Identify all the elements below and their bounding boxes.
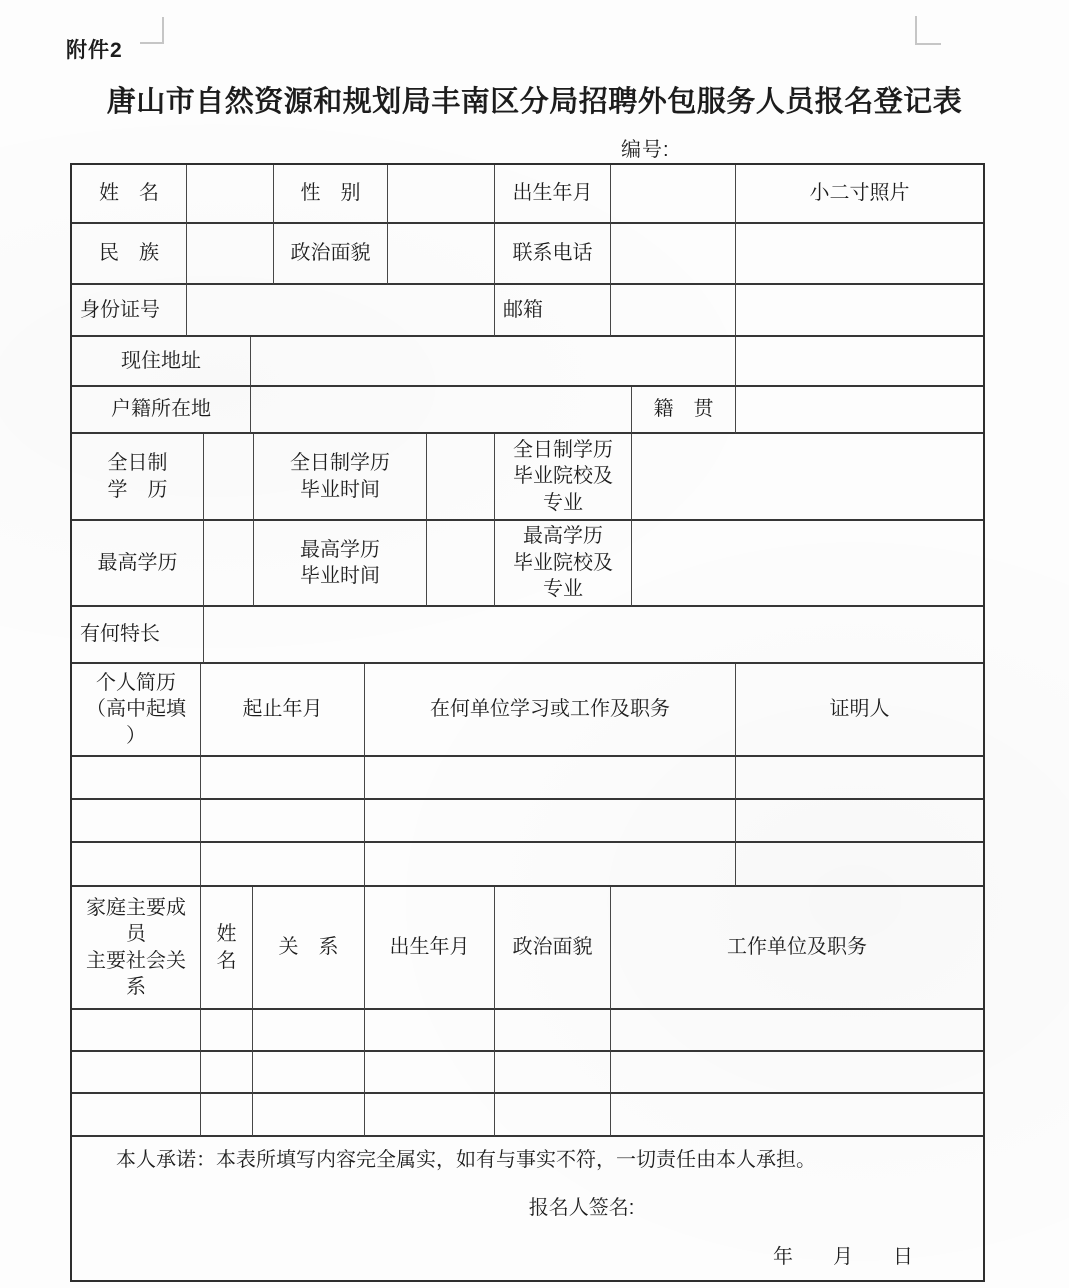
registration-form-table: 姓 名 性 别 出生年月 小二寸照片 民 族 政治面貌 联系电话 身份证号 邮箱 bbox=[70, 163, 985, 1282]
family-relation-cell bbox=[253, 1052, 365, 1094]
household-label: 户籍所在地 bbox=[72, 387, 251, 434]
fulltime-school-label: 全日制学历 毕业院校及 专业 bbox=[495, 434, 632, 521]
family-col1-cell bbox=[72, 1052, 201, 1094]
native-place-value-cell bbox=[736, 387, 983, 434]
form-page: 附件2 唐山市自然资源和规划局丰南区分局招聘外包服务人员报名登记表 编号: 姓 … bbox=[0, 0, 1069, 1288]
birth-date-label: 出生年月 bbox=[495, 165, 611, 224]
political-status-value-cell bbox=[388, 224, 495, 285]
family-political-label: 政治面貌 bbox=[495, 887, 611, 1010]
gender-label: 性 别 bbox=[274, 165, 388, 224]
political-status-label: 政治面貌 bbox=[274, 224, 388, 285]
form-title: 唐山市自然资源和规划局丰南区分局招聘外包服务人员报名登记表 bbox=[0, 79, 1069, 120]
photo-area-cell bbox=[736, 224, 983, 285]
resume-col1-cell bbox=[72, 800, 201, 843]
gender-value-cell bbox=[388, 165, 495, 224]
row-specialty: 有何特长 bbox=[72, 607, 983, 664]
crop-mark-right-icon bbox=[915, 16, 941, 45]
resume-period-cell bbox=[201, 800, 365, 843]
family-political-cell bbox=[495, 1094, 611, 1137]
resume-entry-row bbox=[72, 843, 983, 887]
highest-degree-value-cell bbox=[204, 521, 254, 607]
family-birth-cell bbox=[365, 1010, 495, 1052]
resume-col1-cell bbox=[72, 843, 201, 887]
row-fulltime-education: 全日制 学 历 全日制学历 毕业时间 全日制学历 毕业院校及 专业 bbox=[72, 434, 983, 521]
phone-label: 联系电话 bbox=[495, 224, 611, 285]
row3-right-cell bbox=[736, 285, 983, 337]
fulltime-school-value-cell bbox=[632, 434, 983, 521]
family-section-label: 家庭主要成 员 主要社会关 系 bbox=[72, 887, 201, 1010]
family-work-unit-cell bbox=[611, 1052, 983, 1094]
crop-mark-left-icon bbox=[140, 17, 164, 44]
row-household: 户籍所在地 籍 贯 bbox=[72, 387, 983, 434]
family-relation-cell bbox=[253, 1094, 365, 1137]
highest-degree-label: 最高学历 bbox=[72, 521, 204, 607]
signature-label: 报名人签名: bbox=[72, 1195, 983, 1221]
fulltime-grad-time-value-cell bbox=[427, 434, 495, 521]
pledge-cell: 本人承诺：本表所填写内容完全属实，如有与事实不符，一切责任由本人承担。 报名人签… bbox=[72, 1137, 983, 1284]
resume-period-label: 起止年月 bbox=[201, 664, 365, 757]
birth-date-value-cell bbox=[611, 165, 736, 224]
photo-label: 小二寸照片 bbox=[736, 165, 983, 224]
name-label: 姓 名 bbox=[72, 165, 187, 224]
resume-reference-label: 证明人 bbox=[736, 664, 983, 757]
family-member-name-label: 姓 名 bbox=[201, 887, 253, 1010]
household-value-cell bbox=[251, 387, 632, 434]
row4-right-cell bbox=[736, 337, 983, 387]
row-family-header: 家庭主要成 员 主要社会关 系 姓 名 关 系 出生年月 政治面貌 工作单位及职… bbox=[72, 887, 983, 1010]
family-entry-row bbox=[72, 1094, 983, 1137]
row-ethnicity: 民 族 政治面貌 联系电话 bbox=[72, 224, 983, 285]
phone-value-cell bbox=[611, 224, 736, 285]
family-work-unit-label: 工作单位及职务 bbox=[611, 887, 983, 1010]
family-entry-row bbox=[72, 1052, 983, 1094]
resume-reference-cell bbox=[736, 800, 983, 843]
family-col1-cell bbox=[72, 1094, 201, 1137]
resume-reference-cell bbox=[736, 843, 983, 887]
resume-place-cell bbox=[365, 843, 736, 887]
address-label: 现住地址 bbox=[72, 337, 251, 387]
row-pledge: 本人承诺：本表所填写内容完全属实，如有与事实不符，一切责任由本人承担。 报名人签… bbox=[72, 1137, 983, 1284]
resume-section-label: 个人简历 （高中起填 ） bbox=[72, 664, 201, 757]
resume-place-cell bbox=[365, 800, 736, 843]
family-birth-cell bbox=[365, 1052, 495, 1094]
email-label: 邮箱 bbox=[495, 285, 611, 337]
resume-col1-cell bbox=[72, 757, 201, 800]
attachment-label: 附件2 bbox=[66, 34, 123, 64]
name-value-cell bbox=[187, 165, 274, 224]
id-number-label: 身份证号 bbox=[72, 285, 187, 337]
email-value-cell bbox=[611, 285, 736, 337]
date-label: 年 月 日 bbox=[72, 1244, 983, 1270]
resume-entry-row bbox=[72, 757, 983, 800]
row-address: 现住地址 bbox=[72, 337, 983, 387]
fulltime-grad-time-label: 全日制学历 毕业时间 bbox=[254, 434, 427, 521]
family-name-cell bbox=[201, 1010, 253, 1052]
row-name: 姓 名 性 别 出生年月 小二寸照片 bbox=[72, 165, 983, 224]
specialty-value-cell bbox=[204, 607, 983, 664]
ethnicity-label: 民 族 bbox=[72, 224, 187, 285]
ethnicity-value-cell bbox=[187, 224, 274, 285]
fulltime-degree-label: 全日制 学 历 bbox=[72, 434, 204, 521]
resume-period-cell bbox=[201, 757, 365, 800]
resume-place-label: 在何单位学习或工作及职务 bbox=[365, 664, 736, 757]
fulltime-degree-value-cell bbox=[204, 434, 254, 521]
highest-grad-time-label: 最高学历 毕业时间 bbox=[254, 521, 427, 607]
resume-period-cell bbox=[201, 843, 365, 887]
family-name-cell bbox=[201, 1052, 253, 1094]
native-place-label: 籍 贯 bbox=[632, 387, 736, 434]
family-political-cell bbox=[495, 1010, 611, 1052]
row-highest-education: 最高学历 最高学历 毕业时间 最高学历 毕业院校及 专业 bbox=[72, 521, 983, 607]
family-relation-label: 关 系 bbox=[253, 887, 365, 1010]
family-relation-cell bbox=[253, 1010, 365, 1052]
row-resume-header: 个人简历 （高中起填 ） 起止年月 在何单位学习或工作及职务 证明人 bbox=[72, 664, 983, 757]
row-id-number: 身份证号 邮箱 bbox=[72, 285, 983, 337]
resume-place-cell bbox=[365, 757, 736, 800]
highest-school-label: 最高学历 毕业院校及 专业 bbox=[495, 521, 632, 607]
form-number-label: 编号: bbox=[621, 133, 670, 162]
family-col1-cell bbox=[72, 1010, 201, 1052]
highest-school-value-cell bbox=[632, 521, 983, 607]
family-entry-row bbox=[72, 1010, 983, 1052]
resume-entry-row bbox=[72, 800, 983, 843]
family-birth-cell bbox=[365, 1094, 495, 1137]
id-number-value-cell bbox=[187, 285, 495, 337]
resume-reference-cell bbox=[736, 757, 983, 800]
family-name-cell bbox=[201, 1094, 253, 1137]
family-political-cell bbox=[495, 1052, 611, 1094]
highest-grad-time-value-cell bbox=[427, 521, 495, 607]
family-work-unit-cell bbox=[611, 1010, 983, 1052]
pledge-text: 本人承诺：本表所填写内容完全属实，如有与事实不符，一切责任由本人承担。 bbox=[72, 1147, 983, 1173]
family-work-unit-cell bbox=[611, 1094, 983, 1137]
family-birth-label: 出生年月 bbox=[365, 887, 495, 1010]
specialty-label: 有何特长 bbox=[72, 607, 204, 664]
address-value-cell bbox=[251, 337, 736, 387]
